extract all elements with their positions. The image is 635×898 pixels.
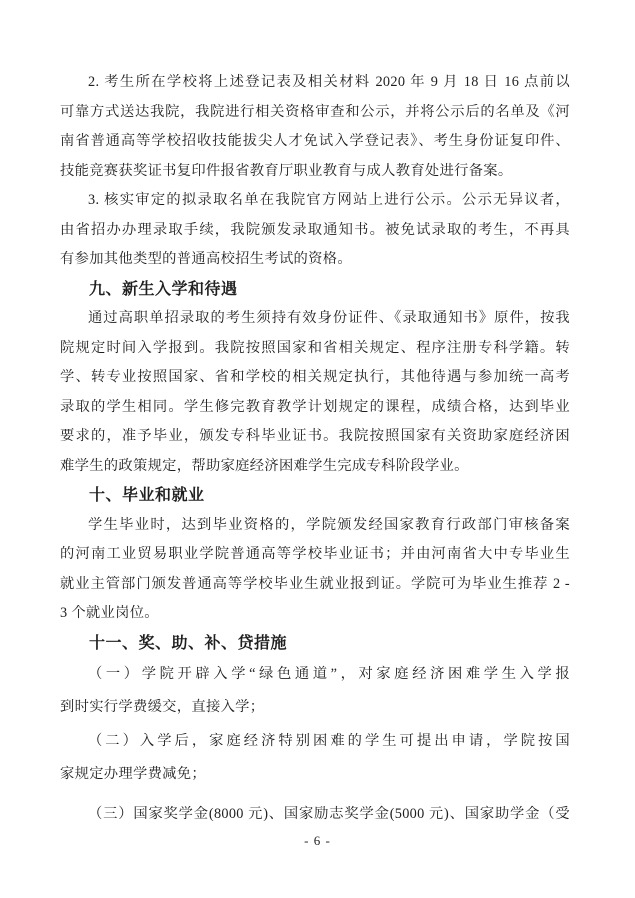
- text-line: （二）入学后，家庭经济特别困难的学生可提出申请，学院按国: [60, 725, 570, 758]
- text-line: 有参加其他类型的普通高校招生考试的资格。: [60, 245, 570, 275]
- text-line: 3 个就业岗位。: [60, 599, 570, 629]
- text-line: （三）国家奖学金(8000 元)、国家励志奖学金(5000 元)、国家助学金（受: [60, 798, 570, 831]
- text-line: 要求的，准予毕业，颁发专科毕业证书。我院按照国家有关资助家庭经济困: [60, 422, 570, 452]
- text-line: 技能竞赛获奖证书复印件报省教育厅职业教育与成人教育处进行备案。: [60, 157, 570, 187]
- text-line: 九、新生入学和待遇: [60, 275, 570, 305]
- paragraph: 通过高职单招录取的考生须持有效身份证件、《录取通知书》原件，按我院规定时间入学报…: [60, 304, 570, 481]
- text-line: 2. 考生所在学校将上述登记表及相关材料 2020 年 9 月 18 日 16 …: [60, 68, 570, 98]
- text-line: 家规定办理学费减免；: [60, 758, 570, 791]
- paragraph: 2. 考生所在学校将上述登记表及相关材料 2020 年 9 月 18 日 16 …: [60, 68, 570, 186]
- section-heading: 十、毕业和就业: [60, 481, 570, 511]
- page: 2. 考生所在学校将上述登记表及相关材料 2020 年 9 月 18 日 16 …: [0, 0, 635, 898]
- text-line: 3. 核实审定的拟录取名单在我院官方网站上进行公示。公示无异议者，: [60, 186, 570, 216]
- page-number: - 6 -: [0, 833, 635, 849]
- section-heading: 九、新生入学和待遇: [60, 275, 570, 305]
- text-line: 学、转专业按照国家、省和学校的相关规定执行，其他待遇与参加统一高考: [60, 363, 570, 393]
- page-content: 2. 考生所在学校将上述登记表及相关材料 2020 年 9 月 18 日 16 …: [60, 68, 570, 831]
- text-line: 学生毕业时，达到毕业资格的，学院颁发经国家教育行政部门审核备案: [60, 511, 570, 541]
- paragraph: 3. 核实审定的拟录取名单在我院官方网站上进行公示。公示无异议者，由省招办办理录…: [60, 186, 570, 275]
- paragraph: （一）学院开辟入学“绿色通道”，对家庭经济困难学生入学报到时实行学费缓交，直接入…: [60, 658, 570, 725]
- paragraph: 学生毕业时，达到毕业资格的，学院颁发经国家教育行政部门审核备案的河南工业贸易职业…: [60, 511, 570, 629]
- text-line: 南省普通高等学校招收技能拔尖人才免试入学登记表》、考生身份证复印件、: [60, 127, 570, 157]
- text-line: （一）学院开辟入学“绿色通道”，对家庭经济困难学生入学报: [60, 658, 570, 691]
- text-line: 院规定时间入学报到。我院按照国家和省相关规定、程序注册专科学籍。转: [60, 334, 570, 364]
- text-line: 十一、奖、助、补、贷措施: [60, 629, 570, 659]
- text-line: 难学生的政策规定，帮助家庭经济困难学生完成专科阶段学业。: [60, 452, 570, 482]
- text-line: 可靠方式送达我院，我院进行相关资格审查和公示，并将公示后的名单及《河: [60, 98, 570, 128]
- section-heading: 十一、奖、助、补、贷措施: [60, 629, 570, 659]
- paragraph: （三）国家奖学金(8000 元)、国家励志奖学金(5000 元)、国家助学金（受: [60, 798, 570, 831]
- text-line: 就业主管部门颁发普通高等学校毕业生就业报到证。学院可为毕业生推荐 2 -: [60, 570, 570, 600]
- text-line: 由省招办办理录取手续，我院颁发录取通知书。被免试录取的考生，不再具: [60, 216, 570, 246]
- text-line: 录取的学生相同。学生修完教育教学计划规定的课程，成绩合格，达到毕业: [60, 393, 570, 423]
- text-line: 到时实行学费缓交，直接入学；: [60, 691, 570, 724]
- text-line: 的河南工业贸易职业学院普通高等学校毕业证书；并由河南省大中专毕业生: [60, 540, 570, 570]
- text-line: 十、毕业和就业: [60, 481, 570, 511]
- paragraph: （二）入学后，家庭经济特别困难的学生可提出申请，学院按国家规定办理学费减免；: [60, 725, 570, 792]
- text-line: 通过高职单招录取的考生须持有效身份证件、《录取通知书》原件，按我: [60, 304, 570, 334]
